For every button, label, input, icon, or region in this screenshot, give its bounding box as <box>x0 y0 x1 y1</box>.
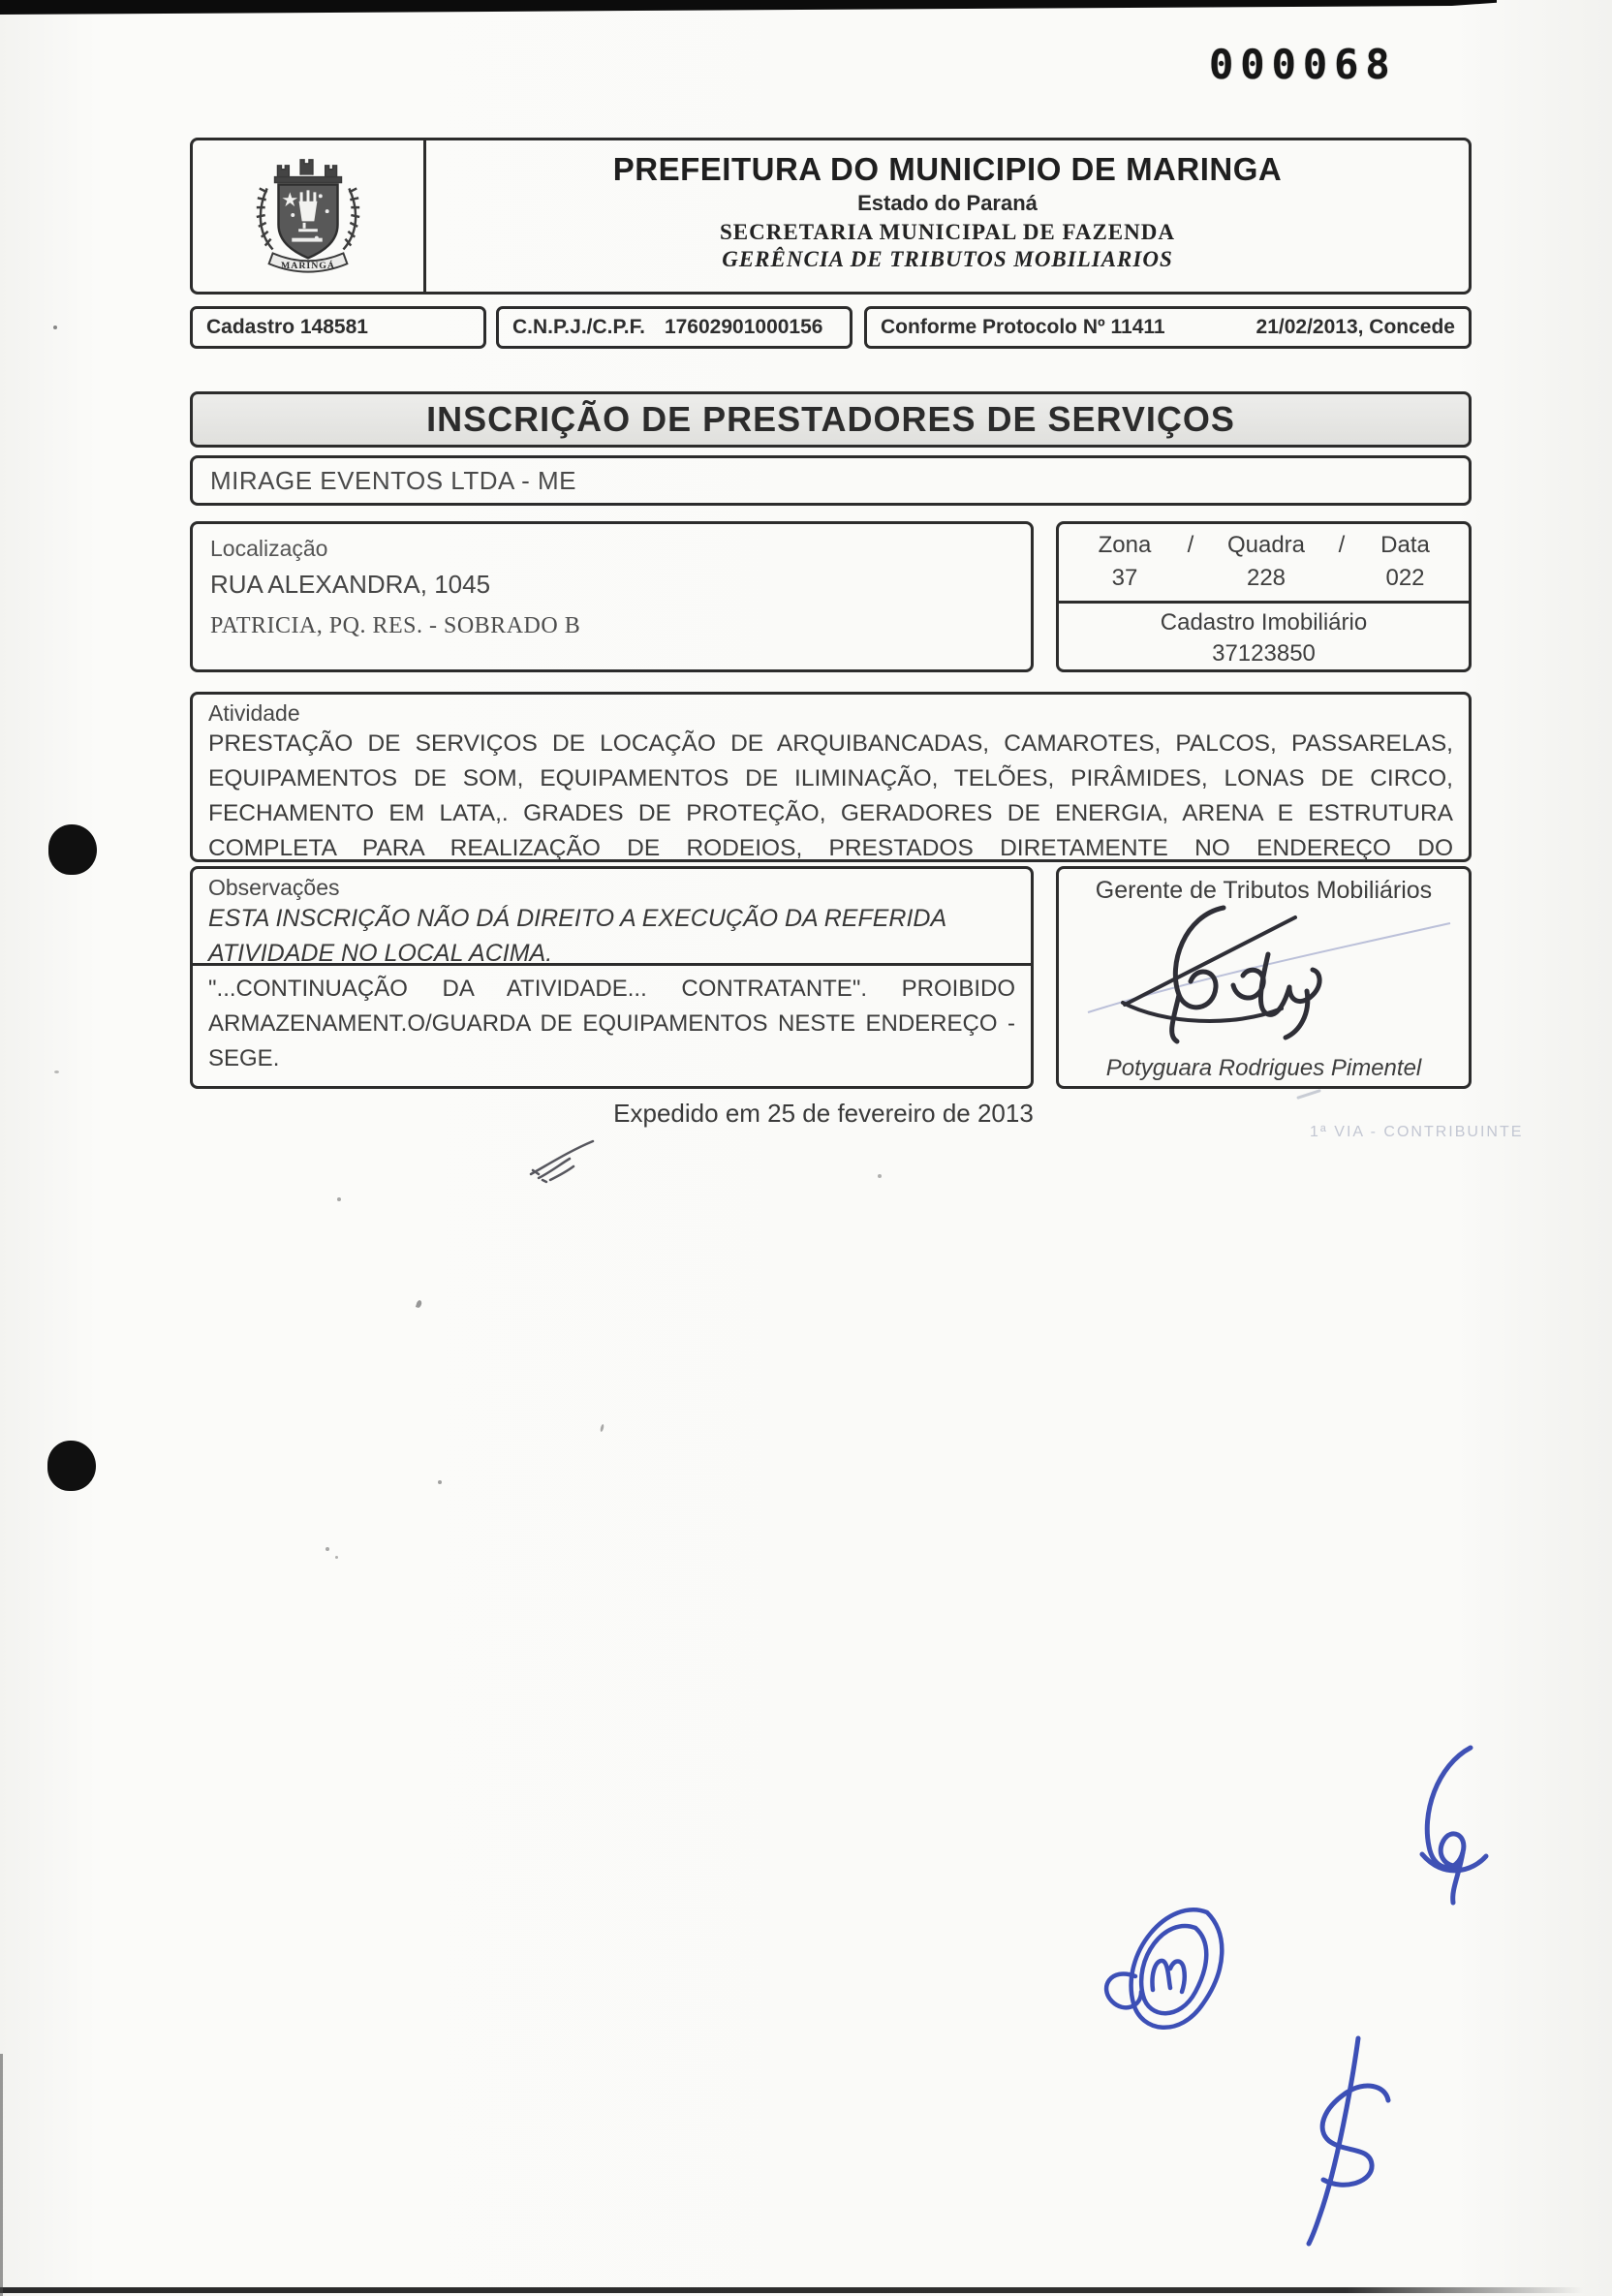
ink-speck <box>416 1299 422 1308</box>
cnpj-box: C.N.P.J./C.P.F. 17602901000156 <box>496 306 852 349</box>
ink-speck <box>54 1070 59 1073</box>
svg-text:MARINGÁ: MARINGÁ <box>281 260 335 271</box>
header-title-cell: PREFEITURA DO MUNICIPIO DE MARINGA Estad… <box>426 140 1469 292</box>
observations-label: Observações <box>208 875 1015 901</box>
hole-punch-dot <box>47 1441 96 1491</box>
zone-box: Zona / Quadra / Data 37 228 022 Cadastro… <box>1056 521 1472 672</box>
location-address: RUA ALEXANDRA, 1045 <box>210 570 1013 600</box>
ink-speck <box>337 1197 341 1201</box>
zona-value: 37 <box>1071 565 1178 592</box>
ink-smudge <box>523 1135 604 1186</box>
scan-top-edge-bar <box>0 0 1497 15</box>
location-label: Localização <box>210 536 1013 562</box>
manager-signature-scribble <box>1076 894 1456 1055</box>
observations-top-section: Observações ESTA INSCRIÇÃO NÃO DÁ DIREIT… <box>193 869 1031 954</box>
ink-speck <box>325 1547 329 1551</box>
header-title: PREFEITURA DO MUNICIPIO DE MARINGA <box>426 151 1469 188</box>
logo-cell: MARINGÁ <box>193 140 426 292</box>
protocolo-text: Conforme Protocolo Nº 11411 <box>881 316 1165 339</box>
ink-speck <box>600 1424 604 1432</box>
data-value: 022 <box>1354 565 1456 592</box>
concession-date: 21/02/2013, Concede <box>1256 316 1455 339</box>
document-title-bar: INSCRIÇÃO DE PRESTADORES DE SERVIÇOS <box>190 391 1472 448</box>
location-box: Localização RUA ALEXANDRA, 1045 PATRICIA… <box>190 521 1034 672</box>
ink-speck <box>53 326 57 329</box>
cadastro-imobiliario-label: Cadastro Imobiliário <box>1059 609 1469 636</box>
activity-line: EQUIPAMENTOS DE SOM, EQUIPAMENTOS DE ILI… <box>208 761 1453 796</box>
protocolo-box: Conforme Protocolo Nº 11411 21/02/2013, … <box>864 306 1472 349</box>
observations-box: Observações ESTA INSCRIÇÃO NÃO DÁ DIREIT… <box>190 866 1034 1089</box>
quadra-label: Quadra <box>1203 532 1329 559</box>
cadastro-imobiliario-value: 37123850 <box>1059 640 1469 667</box>
data-label: Data <box>1354 532 1456 559</box>
maringa-coat-of-arms-logo: MARINGÁ <box>246 150 370 282</box>
activity-box: Atividade PRESTAÇÃO DE SERVIÇOS DE LOCAÇ… <box>190 692 1472 862</box>
header-secretaria: SECRETARIA MUNICIPAL DE FAZENDA <box>426 220 1469 245</box>
ink-speck <box>438 1480 442 1484</box>
manager-signature-box: Gerente de Tributos Mobiliários Potyguar… <box>1056 866 1472 1089</box>
cnpj-label: C.N.P.J./C.P.F. <box>512 316 645 339</box>
sheet-number-stamp: 000068 <box>1209 41 1397 88</box>
blue-pen-scribble <box>1387 1742 1496 1908</box>
activity-line: FECHAMENTO EM LATA,. GRADES DE PROTEÇÃO,… <box>208 796 1453 831</box>
company-name: MIRAGE EVENTOS LTDA - ME <box>210 466 576 496</box>
zone-headers: Zona / Quadra / Data <box>1059 532 1469 559</box>
scan-left-edge-line <box>0 2054 3 2296</box>
activity-line: PRESTAÇÃO DE SERVIÇOS DE LOCAÇÃO DE ARQU… <box>208 727 1453 761</box>
hole-punch-dot <box>48 824 97 875</box>
zone-box-divider <box>1059 601 1469 604</box>
header-box: MARINGÁ PREFEITURA DO MUNICIPIO DE MARIN… <box>190 138 1472 295</box>
manager-name: Potyguara Rodrigues Pimentel <box>1059 1055 1469 1082</box>
pencil-dash-mark <box>1296 1089 1321 1100</box>
activity-label: Atividade <box>208 700 1453 727</box>
issue-date-line: Expedido em 25 de fevereiro de 2013 <box>387 1099 1259 1129</box>
header-gerencia: GERÊNCIA DE TRIBUTOS MOBILIARIOS <box>426 247 1469 272</box>
location-district: PATRICIA, PQ. RES. - SOBRADO B <box>210 613 1013 639</box>
observations-bottom-section: "...CONTINUAÇÃO DA ATIVIDADE... CONTRATA… <box>193 966 1031 1076</box>
slash-separator: / <box>1178 532 1203 559</box>
cadastro-number: Cadastro 148581 <box>206 316 368 339</box>
scan-bottom-edge-line <box>0 2287 1583 2293</box>
observation-note-line: SEGE. <box>208 1041 1015 1076</box>
header-state: Estado do Paraná <box>426 191 1469 216</box>
zona-label: Zona <box>1071 532 1178 559</box>
ink-speck <box>878 1174 882 1178</box>
observation-note-line: "...CONTINUAÇÃO DA ATIVIDADE... CONTRATA… <box>208 972 1015 1007</box>
zone-values: 37 228 022 <box>1059 565 1469 592</box>
blue-pen-oval-scribble <box>1091 1895 1238 2052</box>
company-name-box: MIRAGE EVENTOS LTDA - ME <box>190 455 1472 506</box>
blue-pen-dollar-scribble <box>1277 2032 1405 2248</box>
cnpj-value: 17602901000156 <box>665 316 823 339</box>
slash-separator: / <box>1329 532 1354 559</box>
quadra-value: 228 <box>1203 565 1329 592</box>
copy-designation-note: 1ª VIA - CONTRIBUINTE <box>1310 1124 1523 1141</box>
observation-note-line: ARMAZENAMENT.O/GUARDA DE EQUIPAMENTOS NE… <box>208 1007 1015 1041</box>
cadastro-number-box: Cadastro 148581 <box>190 306 486 349</box>
scanned-certificate-page: { "page": { "stamp_number": "000068", "e… <box>0 0 1612 2296</box>
observation-italic-line: ESTA INSCRIÇÃO NÃO DÁ DIREITO A EXECUÇÃO… <box>208 901 1015 936</box>
activity-line: COMPLETA PARA REALIZAÇÃO DE RODEIOS, PRE… <box>208 831 1453 866</box>
ink-speck <box>335 1556 338 1559</box>
document-title: INSCRIÇÃO DE PRESTADORES DE SERVIÇOS <box>426 399 1235 440</box>
